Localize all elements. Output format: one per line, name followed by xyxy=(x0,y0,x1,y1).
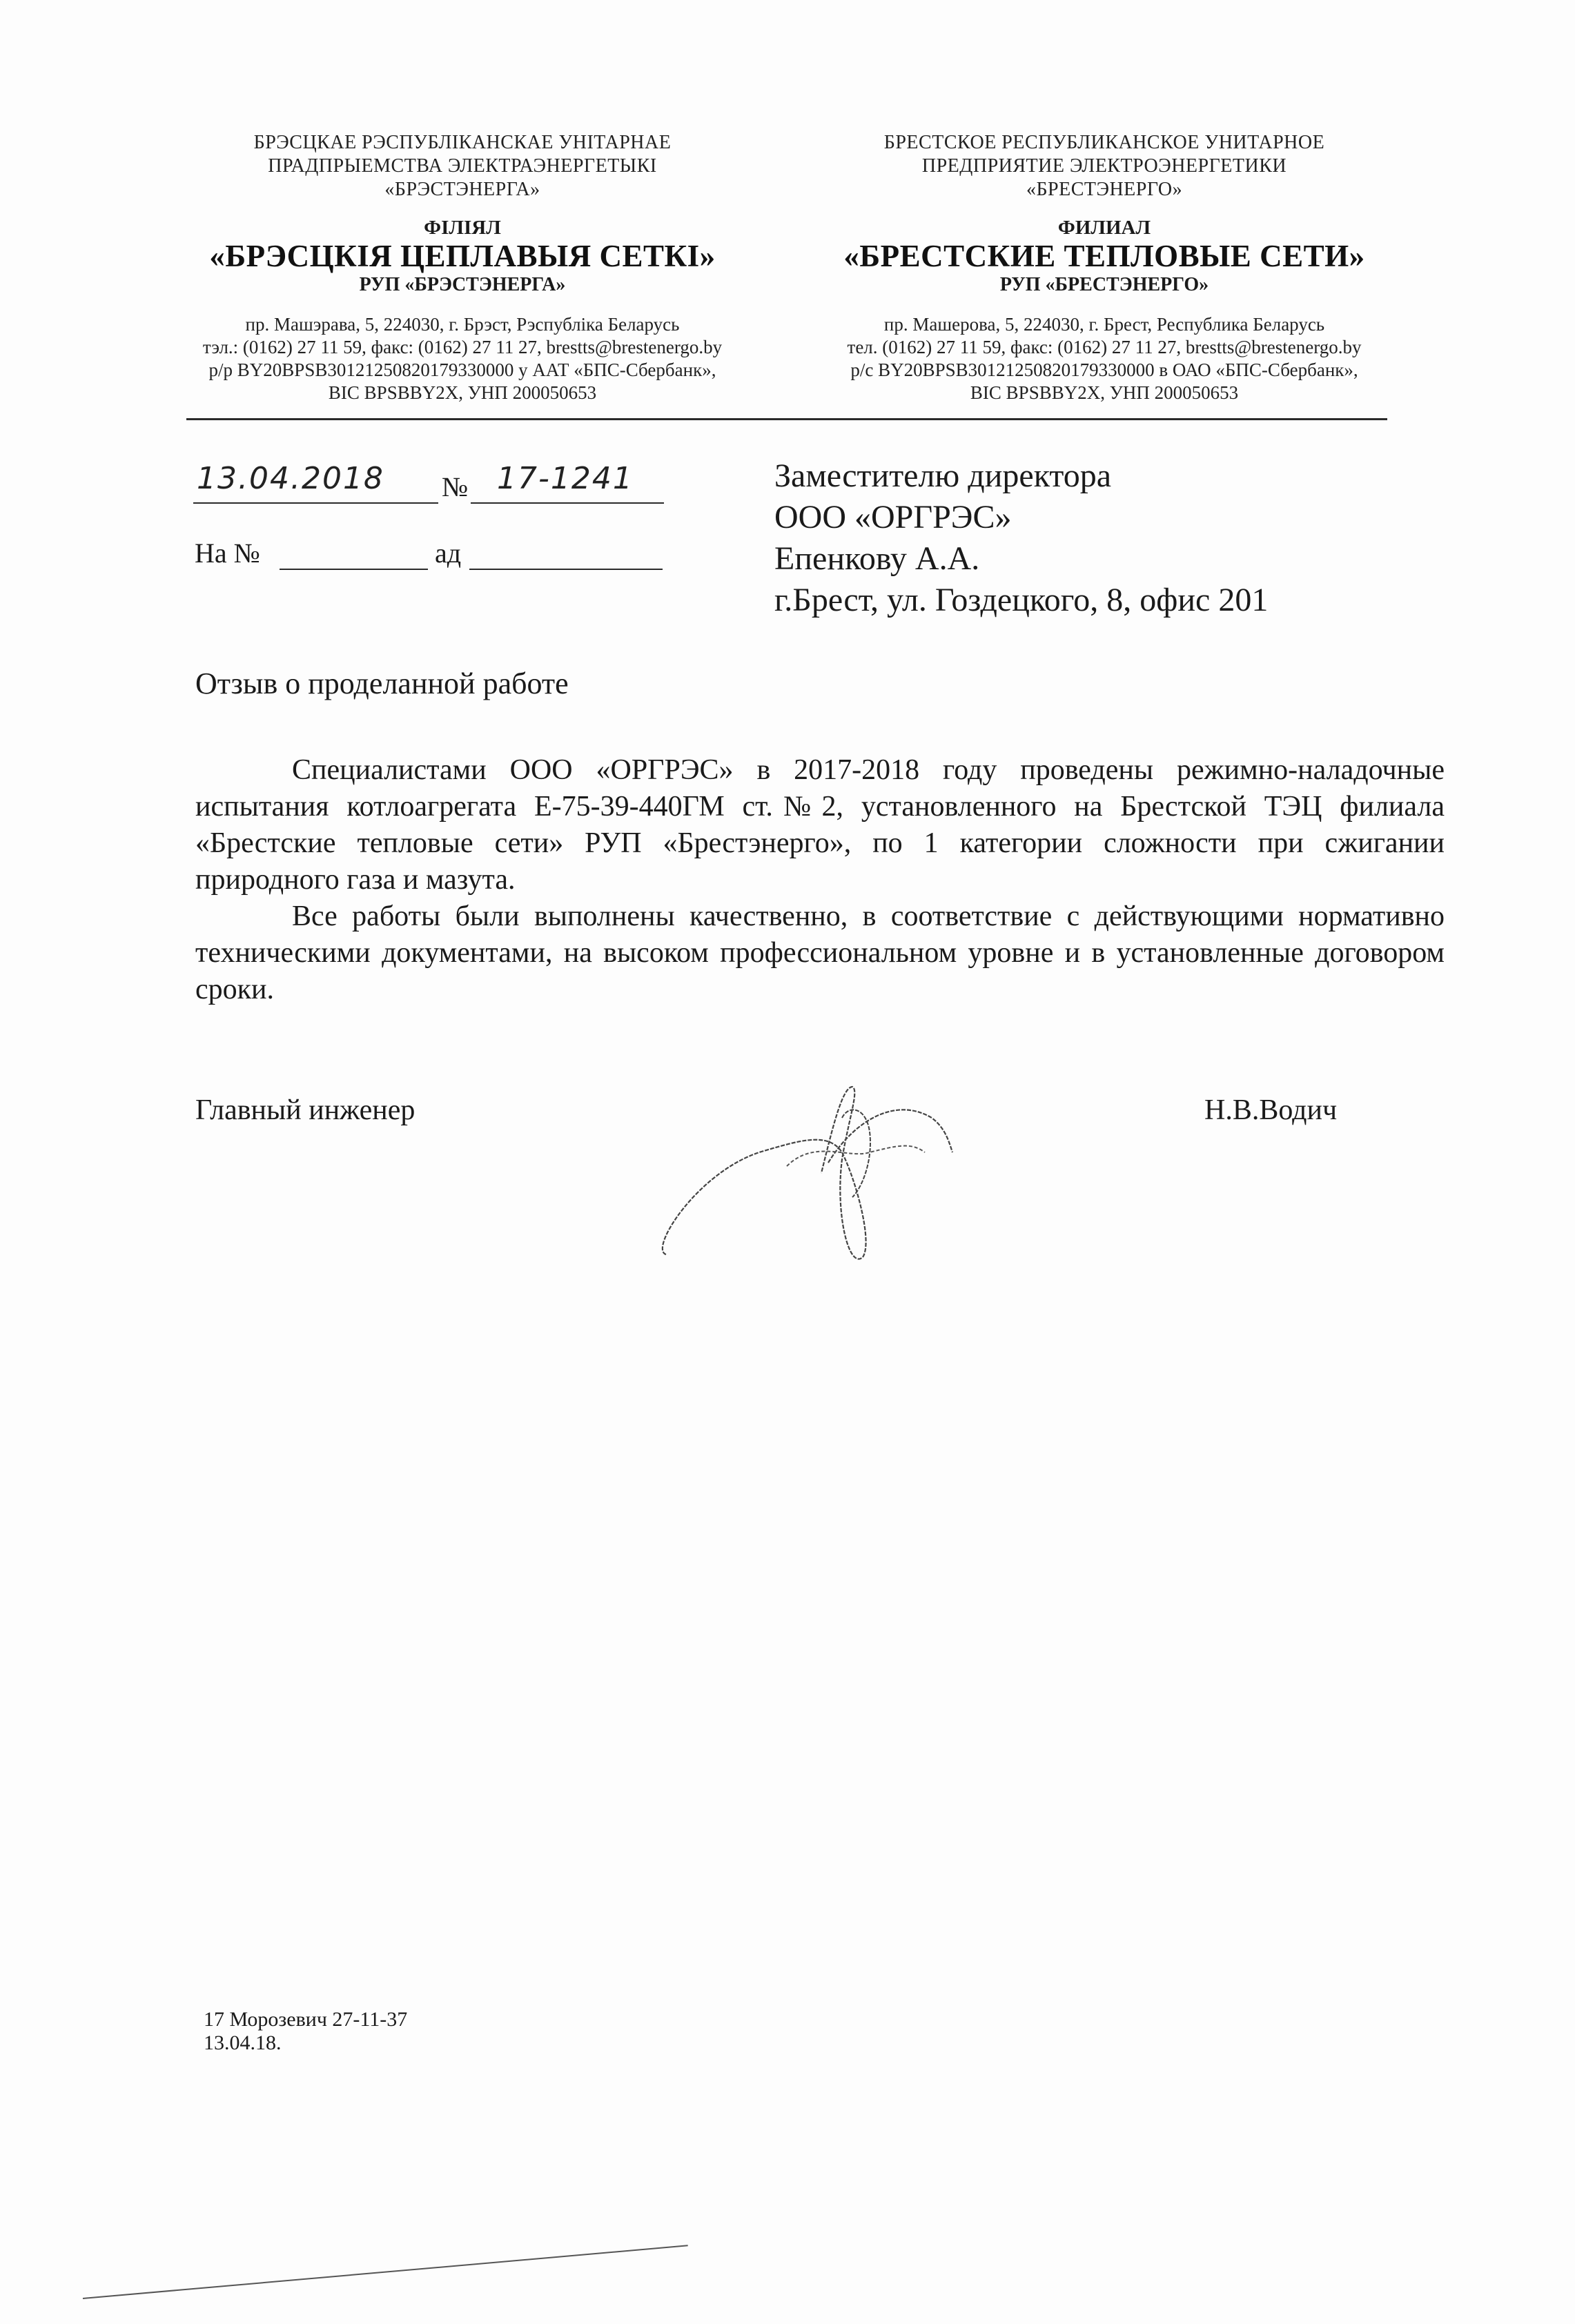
reply-number-label: На № xyxy=(195,537,260,569)
reply-date-field xyxy=(469,569,663,570)
reply-date-label: ад xyxy=(435,537,461,569)
reply-number-field xyxy=(280,569,428,570)
outgoing-date: 13.04.2018 xyxy=(197,461,384,496)
contact-bic: BIC BPSBBY2X, УНП 200050653 xyxy=(186,382,738,404)
handwritten-signature-icon xyxy=(621,1076,1008,1297)
filial-label: ФИЛИАЛ xyxy=(814,217,1394,239)
body-paragraph: Специалистами ООО «ОРГРЭС» в 2017-2018 г… xyxy=(195,752,1445,898)
org-name-line: «БРЕСТЭНЕРГО» xyxy=(814,178,1394,201)
letterhead-divider xyxy=(186,418,1387,420)
contact-bank: р/р BY20BPSB30121250820179330000 у ААТ «… xyxy=(186,359,738,382)
contact-address: пр. Машерова, 5, 224030, г. Брест, Респу… xyxy=(814,313,1394,336)
letterhead-right: БРЕСТСКОЕ РЕСПУБЛИКАНСКОЕ УНИТАРНОЕ ПРЕД… xyxy=(814,131,1394,404)
addressee-address: г.Брест, ул. Гоздецкого, 8, офис 201 xyxy=(774,580,1396,621)
rup-name: РУП «БРЕСТЭНЕРГО» xyxy=(814,273,1394,297)
letterhead-left: БРЭСЦКАЕ РЭСПУБЛІКАНСКАЕ УНІТАРНАЕ ПРАДП… xyxy=(186,131,738,404)
org-name-line: «БРЭСТЭНЕРГА» xyxy=(186,178,738,201)
org-name-line: ПРЕДПРИЯТИЕ ЭЛЕКТРОЭНЕРГЕТИКИ xyxy=(814,155,1394,178)
addressee-position: Заместителю директора xyxy=(774,455,1396,497)
outgoing-number: 17-1241 xyxy=(497,461,634,496)
org-name-line: БРЭСЦКАЕ РЭСПУБЛІКАНСКАЕ УНІТАРНАЕ xyxy=(186,131,738,155)
org-name-line: БРЕСТСКОЕ РЕСПУБЛИКАНСКОЕ УНИТАРНОЕ xyxy=(814,131,1394,155)
letter-body: Специалистами ООО «ОРГРЭС» в 2017-2018 г… xyxy=(195,752,1445,1008)
addressee-block: Заместителю директора ООО «ОРГРЭС» Епенк… xyxy=(774,455,1396,621)
contact-phone: тел. (0162) 27 11 59, факс: (0162) 27 11… xyxy=(814,336,1394,359)
addressee-company: ООО «ОРГРЭС» xyxy=(774,497,1396,538)
executor-date: 13.04.18. xyxy=(204,2031,407,2055)
body-paragraph: Все работы были выполнены качественно, в… xyxy=(195,898,1445,1008)
signatory-position: Главный инженер xyxy=(195,1094,415,1127)
executor-name-phone: 17 Морозевич 27-11-37 xyxy=(204,2008,407,2031)
org-name-line: ПРАДПРЫЕМСТВА ЭЛЕКТРАЭНЕРГЕТЫКІ xyxy=(186,155,738,178)
branch-name: «БРЭСЦКІЯ ЦЕПЛАВЫЯ СЕТКІ» xyxy=(186,239,738,273)
rup-name: РУП «БРЭСТЭНЕРГА» xyxy=(186,273,738,297)
scan-artifact-line xyxy=(83,2245,688,2299)
contact-phone: тэл.: (0162) 27 11 59, факс: (0162) 27 1… xyxy=(186,336,738,359)
date-underline xyxy=(193,502,438,504)
number-underline xyxy=(471,502,664,504)
contact-address: пр. Машэрава, 5, 224030, г. Брэст, Рэспу… xyxy=(186,313,738,336)
addressee-name: Епенкову А.А. xyxy=(774,538,1396,580)
contact-bank: р/с BY20BPSB30121250820179330000 в ОАО «… xyxy=(814,359,1394,382)
number-label: № xyxy=(442,471,468,503)
letter-subject: Отзыв о проделанной работе xyxy=(195,666,569,701)
signatory-name: Н.В.Водич xyxy=(1204,1094,1337,1127)
branch-name: «БРЕСТСКИЕ ТЕПЛОВЫЕ СЕТИ» xyxy=(814,239,1394,273)
contact-bic: BIC BPSBBY2X, УНП 200050653 xyxy=(814,382,1394,404)
contact-block: пр. Машэрава, 5, 224030, г. Брэст, Рэспу… xyxy=(186,313,738,404)
contact-block: пр. Машерова, 5, 224030, г. Брест, Респу… xyxy=(814,313,1394,404)
filial-label: ФІЛІЯЛ xyxy=(186,217,738,239)
executor-info: 17 Морозевич 27-11-37 13.04.18. xyxy=(204,2008,407,2055)
